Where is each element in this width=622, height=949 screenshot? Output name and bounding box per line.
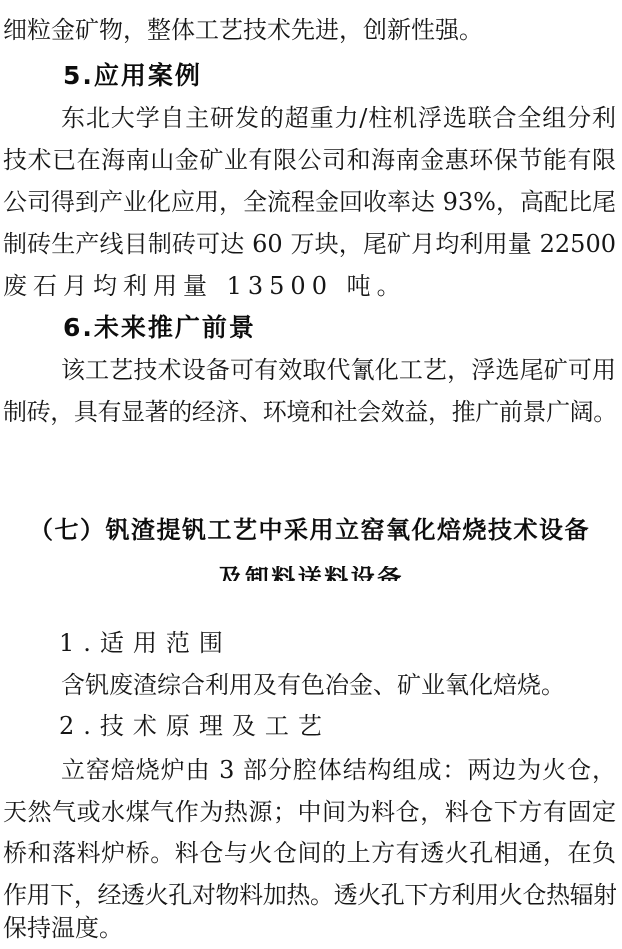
body-text-line: 含钒废渣综合利用及有色冶金、矿业氧化焙烧。 xyxy=(3,664,616,706)
body-text-line: 废石月均利用量 13500 吨。 xyxy=(3,265,616,307)
body-text-line: 公司得到产业化应用，全流程金回收率达 93%，高配比尾矿 xyxy=(3,181,616,223)
heading-application-cases: 5.应用案例 xyxy=(3,55,616,97)
body-text-line: 立窑焙烧炉由 3 部分腔体结构组成：两边为火仓，采用 xyxy=(3,749,616,791)
body-text-line: 制砖，具有显著的经济、环境和社会效益，推广前景广阔。 xyxy=(3,391,616,433)
body-text-line: 技术已在海南山金矿业有限公司和海南金惠环保节能有限 xyxy=(3,139,616,181)
body-text-line: 细粒金矿物，整体工艺技术先进，创新性强。 xyxy=(3,9,616,51)
chapter-heading-line1: （七）钒渣提钒工艺中采用立窑氧化焙烧技术设备 xyxy=(3,509,616,551)
body-text-line: 东北大学自主研发的超重力/柱机浮选联合全组分利用 xyxy=(3,97,616,139)
document-page: 细粒金矿物，整体工艺技术先进，创新性强。 5.应用案例 东北大学自主研发的超重力… xyxy=(0,0,622,949)
chapter-heading-line2-clipped-wrapper: 及卸料送料设备 xyxy=(0,566,622,581)
body-text-line: 天然气或水煤气作为热源；中间为料仓，料仓下方有固定炉 xyxy=(3,791,616,833)
heading-future-prospects: 6.未来推广前景 xyxy=(3,307,616,349)
body-text-line: 桥和落料炉桥。料仓与火仓间的上方有透火孔相通，在负压 xyxy=(3,832,616,874)
subheading-scope: 1.适用范围 xyxy=(3,622,616,664)
body-text-line: 该工艺技术设备可有效取代氰化工艺，浮选尾矿可用于 xyxy=(3,349,616,391)
body-text-line: 保持温度。 xyxy=(3,907,616,949)
chapter-heading-line2-clipped: 及卸料送料设备 xyxy=(0,566,622,581)
subheading-principle: 2.技术原理及工艺 xyxy=(3,705,616,747)
body-text-line: 制砖生产线目制砖可达 60 万块，尾矿月均利用量 22500 吨， xyxy=(3,223,616,265)
